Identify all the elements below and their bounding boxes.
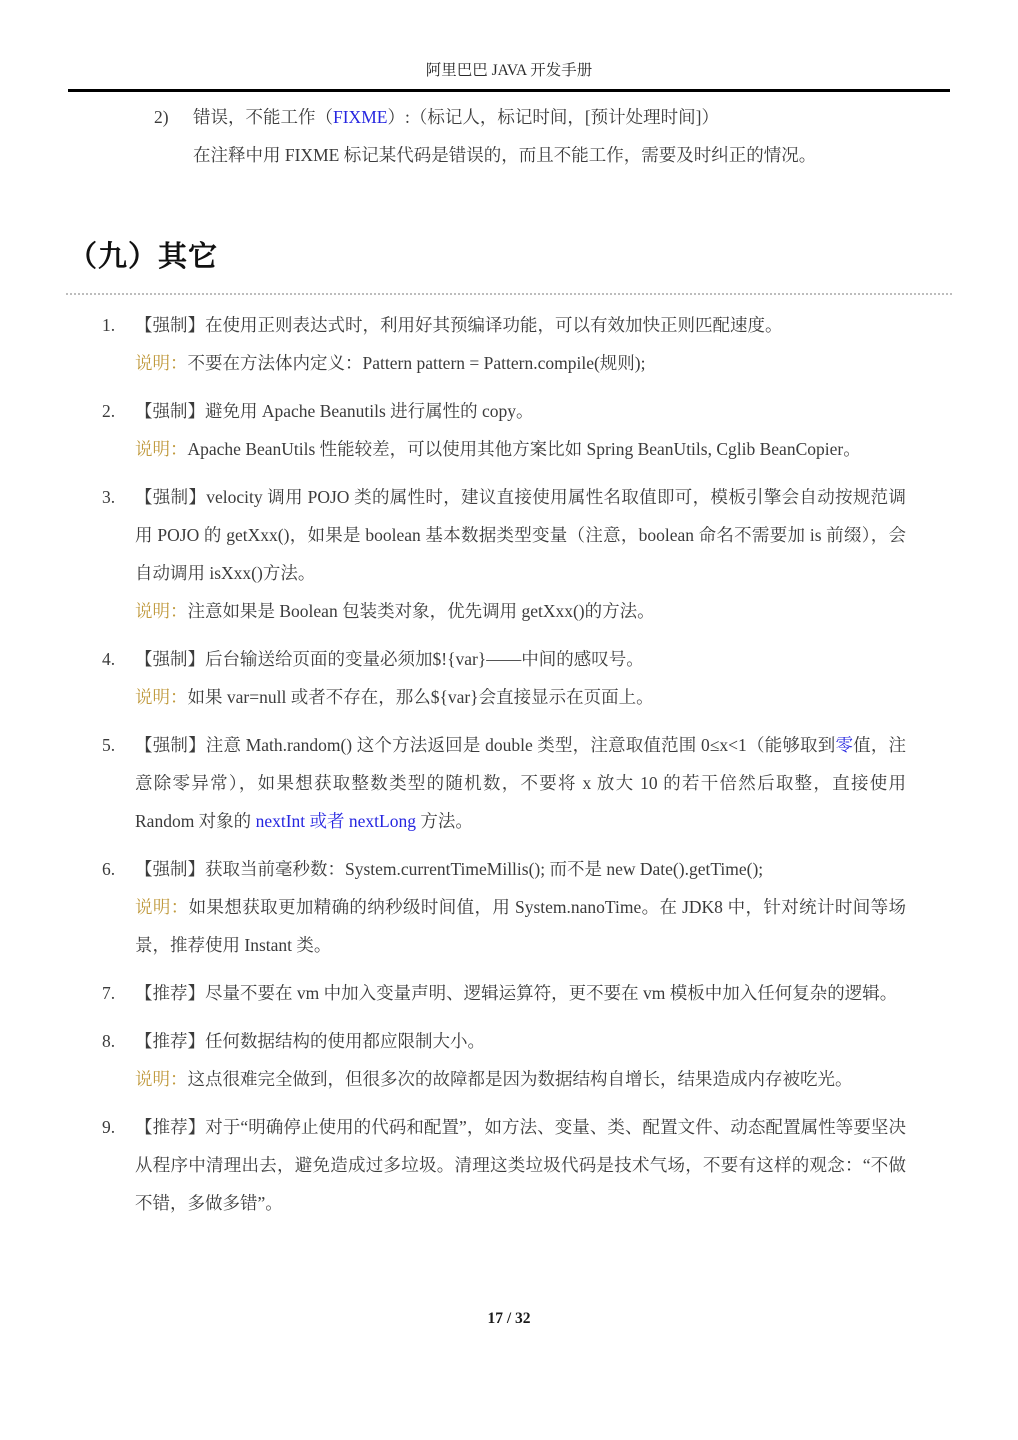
rule-item: 2.【强制】避免用 Apache Beanutils 进行属性的 copy。说明… bbox=[68, 392, 950, 468]
text-segment: 【强制】避免用 Apache Beanutils 进行属性的 copy。 bbox=[135, 401, 534, 421]
rule-number: 8. bbox=[102, 1022, 115, 1060]
note-label: 说明： bbox=[135, 1069, 188, 1089]
rule-item: 4.【强制】后台输送给页面的变量必须加$!{var}——中间的感叹号。说明：如果… bbox=[68, 640, 950, 716]
rule-number: 2. bbox=[102, 392, 115, 430]
text-segment: 【推荐】尽量不要在 vm 中加入变量声明、逻辑运算符，更不要在 vm 模板中加入… bbox=[135, 983, 897, 1003]
text-segment: 【强制】velocity 调用 POJO 类的属性时，建议直接使用属性名取值即可… bbox=[135, 487, 906, 583]
text-segment: 如果想获取更加精确的纳秒级时间值，用 System.nanoTime。在 JDK… bbox=[135, 897, 906, 955]
text-segment: 【强制】注意 Math.random() 这个方法返回是 double 类型，注… bbox=[135, 735, 835, 755]
rule-number: 5. bbox=[102, 726, 115, 764]
rule-paragraph: 说明：如果 var=null 或者不存在，那么${var}会直接显示在页面上。 bbox=[135, 678, 906, 716]
rule-paragraph: 【强制】注意 Math.random() 这个方法返回是 double 类型，注… bbox=[135, 726, 906, 840]
intro-line: 2) 错误，不能工作（FIXME）:（标记人，标记时间，[预计处理时间]） bbox=[68, 98, 950, 136]
rule-paragraph: 说明：Apache BeanUtils 性能较差，可以使用其他方案比如 Spri… bbox=[135, 430, 906, 468]
rules-list: 1.【强制】在使用正则表达式时，利用好其预编译功能，可以有效加快正则匹配速度。说… bbox=[68, 306, 950, 1222]
rule-number: 7. bbox=[102, 974, 115, 1012]
page-number: 17 / 32 bbox=[487, 1310, 530, 1327]
note-label: 说明： bbox=[135, 353, 188, 373]
note-label: 说明： bbox=[135, 601, 188, 621]
text-segment: 【推荐】对于“明确停止使用的代码和配置”，如方法、变量、类、配置文件、动态配置属… bbox=[135, 1117, 906, 1213]
rule-item: 5.【强制】注意 Math.random() 这个方法返回是 double 类型… bbox=[68, 726, 950, 840]
rule-paragraph: 【推荐】对于“明确停止使用的代码和配置”，如方法、变量、类、配置文件、动态配置属… bbox=[135, 1108, 906, 1222]
rule-number: 9. bbox=[102, 1108, 115, 1146]
rule-number: 3. bbox=[102, 478, 115, 516]
rule-item: 6.【强制】获取当前毫秒数：System.currentTimeMillis()… bbox=[68, 850, 950, 964]
rule-paragraph: 说明：这点很难完全做到，但很多次的故障都是因为数据结构自增长，结果造成内存被吃光… bbox=[135, 1060, 906, 1098]
rule-paragraph: 说明：不要在方法体内定义：Pattern pattern = Pattern.c… bbox=[135, 344, 906, 382]
note-label: 说明： bbox=[135, 439, 188, 459]
text-segment: 错误，不能工作（ bbox=[193, 107, 333, 127]
rule-number: 1. bbox=[102, 306, 115, 344]
section-divider bbox=[66, 293, 952, 295]
rule-paragraph: 【强制】避免用 Apache Beanutils 进行属性的 copy。 bbox=[135, 392, 906, 430]
rule-number: 6. bbox=[102, 850, 115, 888]
rule-paragraph: 说明：注意如果是 Boolean 包装类对象，优先调用 getXxx()的方法。 bbox=[135, 592, 906, 630]
text-segment: 【强制】获取当前毫秒数：System.currentTimeMillis(); … bbox=[135, 859, 763, 879]
text-segment: 如果 var=null 或者不存在，那么${var}会直接显示在页面上。 bbox=[188, 687, 654, 707]
text-segment: 注意如果是 Boolean 包装类对象，优先调用 getXxx()的方法。 bbox=[188, 601, 655, 621]
rule-number: 4. bbox=[102, 640, 115, 678]
section-heading: （九）其它 bbox=[68, 237, 950, 277]
note-label: 说明： bbox=[135, 897, 189, 917]
rule-item: 9.【推荐】对于“明确停止使用的代码和配置”，如方法、变量、类、配置文件、动态配… bbox=[68, 1108, 950, 1222]
rule-paragraph: 【强制】在使用正则表达式时，利用好其预编译功能，可以有效加快正则匹配速度。 bbox=[135, 306, 906, 344]
text-segment: ）:（标记人，标记时间，[预计处理时间]） bbox=[387, 107, 719, 127]
rule-paragraph: 【推荐】尽量不要在 vm 中加入变量声明、逻辑运算符，更不要在 vm 模板中加入… bbox=[135, 974, 906, 1012]
text-segment: 【强制】在使用正则表达式时，利用好其预编译功能，可以有效加快正则匹配速度。 bbox=[135, 315, 783, 335]
link-text: FIXME bbox=[333, 107, 387, 127]
intro-continuation: 在注释中用 FIXME 标记某代码是错误的，而且不能工作，需要及时纠正的情况。 bbox=[68, 136, 950, 174]
document-page: 阿里巴巴 JAVA 开发手册 2) 错误，不能工作（FIXME）:（标记人，标记… bbox=[0, 0, 1018, 1440]
rule-paragraph: 说明：如果想获取更加精确的纳秒级时间值，用 System.nanoTime。在 … bbox=[135, 888, 906, 964]
rule-paragraph: 【推荐】任何数据结构的使用都应限制大小。 bbox=[135, 1022, 906, 1060]
rule-item: 1.【强制】在使用正则表达式时，利用好其预编译功能，可以有效加快正则匹配速度。说… bbox=[68, 306, 950, 382]
rule-paragraph: 【强制】后台输送给页面的变量必须加$!{var}——中间的感叹号。 bbox=[135, 640, 906, 678]
header-rule bbox=[68, 89, 950, 92]
text-segment: 方法。 bbox=[416, 811, 473, 831]
text-segment: 【强制】后台输送给页面的变量必须加$!{var}——中间的感叹号。 bbox=[135, 649, 644, 669]
header-title: 阿里巴巴 JAVA 开发手册 bbox=[0, 0, 1018, 82]
text-segment: Apache BeanUtils 性能较差，可以使用其他方案比如 Spring … bbox=[188, 439, 861, 459]
rule-item: 7.【推荐】尽量不要在 vm 中加入变量声明、逻辑运算符，更不要在 vm 模板中… bbox=[68, 974, 950, 1012]
rule-item: 8.【推荐】任何数据结构的使用都应限制大小。说明：这点很难完全做到，但很多次的故… bbox=[68, 1022, 950, 1098]
note-label: 说明： bbox=[135, 687, 188, 707]
link-text: 零 bbox=[835, 735, 853, 755]
text-segment: 这点很难完全做到，但很多次的故障都是因为数据结构自增长，结果造成内存被吃光。 bbox=[188, 1069, 853, 1089]
page-footer: 17 / 32 bbox=[0, 1310, 1018, 1328]
intro-number: 2) bbox=[154, 98, 169, 136]
rule-item: 3.【强制】velocity 调用 POJO 类的属性时，建议直接使用属性名取值… bbox=[68, 478, 950, 630]
rule-paragraph: 【强制】velocity 调用 POJO 类的属性时，建议直接使用属性名取值即可… bbox=[135, 478, 906, 592]
intro-text: 错误，不能工作（FIXME）:（标记人，标记时间，[预计处理时间]） bbox=[193, 107, 719, 127]
rule-paragraph: 【强制】获取当前毫秒数：System.currentTimeMillis(); … bbox=[135, 850, 906, 888]
text-segment: 【推荐】任何数据结构的使用都应限制大小。 bbox=[135, 1031, 485, 1051]
text-segment: 不要在方法体内定义：Pattern pattern = Pattern.comp… bbox=[188, 353, 646, 373]
intro-block: 2) 错误，不能工作（FIXME）:（标记人，标记时间，[预计处理时间]） 在注… bbox=[68, 98, 950, 174]
link-text: nextInt 或者 nextLong bbox=[256, 811, 416, 831]
